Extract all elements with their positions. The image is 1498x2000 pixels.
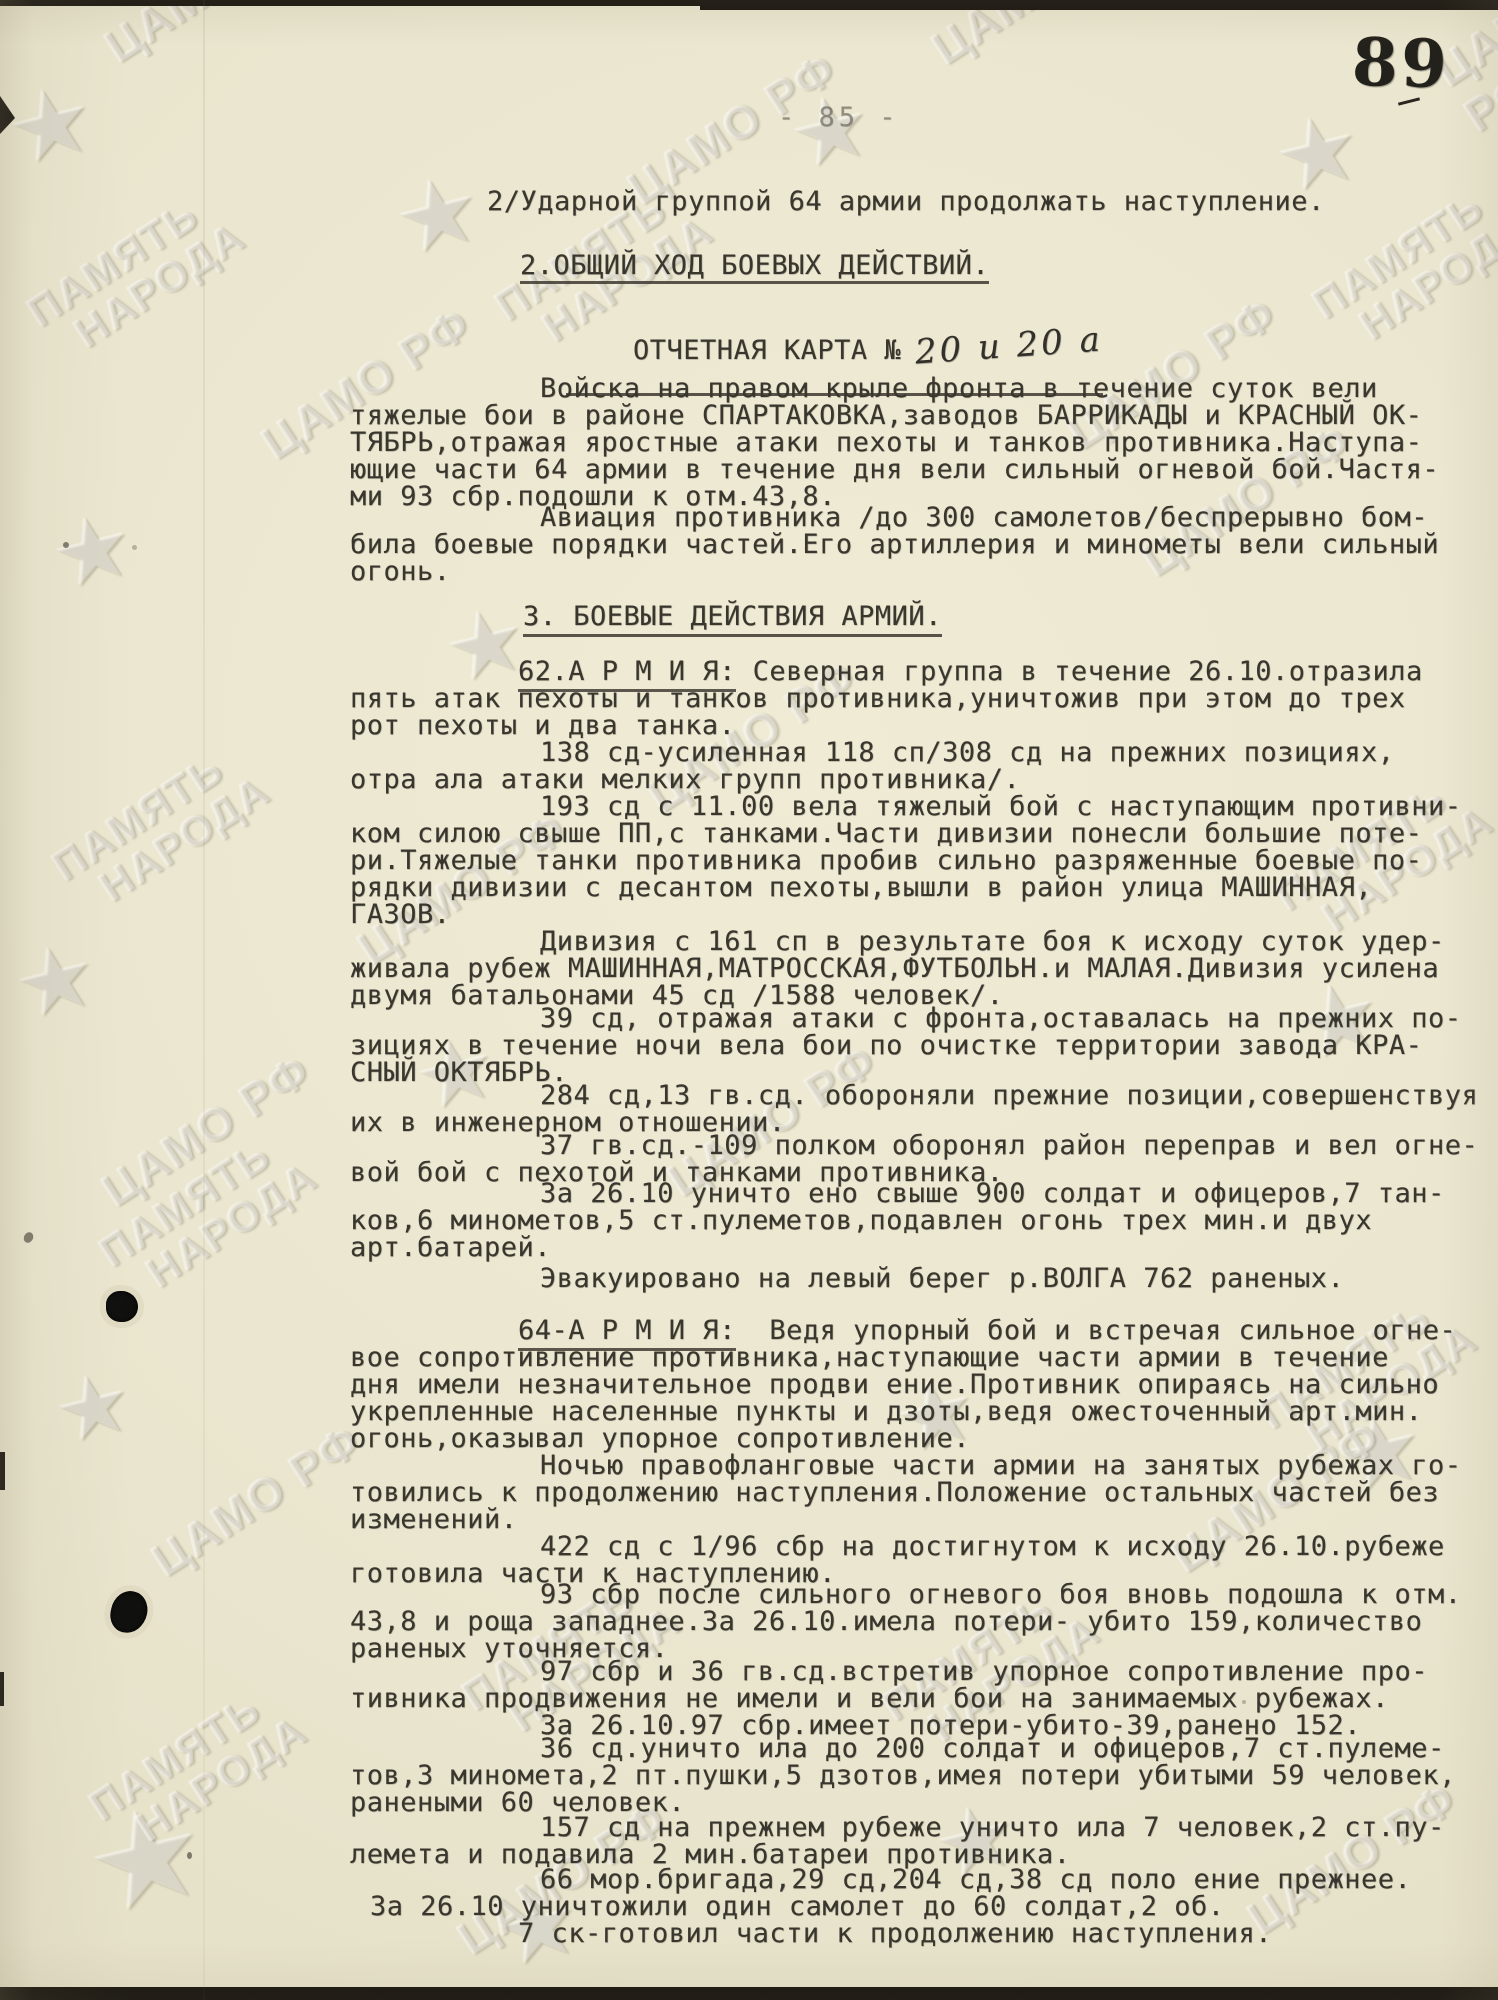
text-line: 193 сд с 11.00 вела тяжелый бой с наступ… [350,793,1490,820]
text-line: укрепленные населенные пункты и дзоты,ве… [350,1398,1490,1425]
text-line: товились к продолжению наступления.Полож… [350,1479,1490,1506]
section-heading-general-course: 2.ОБЩИЙ ХОД БОЕВЫХ ДЕЙСТВИЙ. [520,252,989,284]
scan-edge-left-sliver [0,1672,4,1706]
text-line: 36 сд.уничто ила до 200 солдат и офицеро… [350,1735,1490,1762]
report-map-number-handwritten: 20 и 20 а [914,326,1104,366]
pamyat-naroda-watermark-line: НАРОДА [129,1708,314,1849]
scan-edge-left-sliver [0,1452,5,1490]
text-line: рядки дивизии с десантом пехоты,вышли в … [350,874,1490,901]
pamyat-naroda-watermark-text: ПАМЯТЬНАРОДА [20,178,252,370]
page-marker: - 85 - [778,104,900,131]
hole-punch [106,1291,138,1322]
text-line: 138 сд-усиленная 118 сп/308 сд на прежни… [350,739,1490,766]
text-line: арт.батарей. [350,1234,1490,1261]
text-line: Дивизия с 161 сп в результате боя к исхо… [350,928,1490,955]
star-watermark-icon: ★ [3,920,107,1041]
text-line: Эвакуировано на левый берег р.ВОЛГА 762 … [350,1265,1490,1292]
text-line: тов,3 миномета,2 пт.пушки,5 дзотов,имея … [350,1762,1490,1789]
text-line: тивника продвижения не имели и вели бои … [350,1685,1490,1712]
pamyat-naroda-watermark-text: ПАМЯТЬНАРОДА [82,1672,314,1864]
scan-edge-bottom [0,1987,1498,2000]
text-line: огонь. [350,558,1490,585]
text-line: живала рубеж МАШИННАЯ,МАТРОССКАЯ,ФУТБОЛЬ… [350,955,1490,982]
text-line: ков,6 минометов,5 ст.пулеметов,подавлен … [350,1207,1490,1234]
text-line: 43,8 и роща западнее.За 26.10.имела поте… [350,1608,1490,1635]
pamyat-naroda-watermark-line: НАРОДА [67,214,252,355]
scan-edge-top-right [700,0,1498,10]
star-watermark-icon: ★ [383,151,492,278]
pamyat-naroda-watermark-line: ПАМЯТЬ [45,732,253,888]
army-62-heading-line: 62.А Р М И Я: Северная группа в течение … [350,658,1490,685]
text-line: ком силою свыше ПП,с танками.Части дивиз… [350,820,1490,847]
text-line: За 26.10 уничтожили один самолет до 60 с… [350,1893,1490,1920]
page-number: 89 [1351,23,1451,104]
pamyat-naroda-watermark-text: ПАМЯТЬНАРОДА [1305,170,1498,362]
document-intro-line: 2/Ударной группой 64 армии продолжать на… [487,188,1325,215]
camo-rf-watermark-text: ЦАМО РФ [92,1043,320,1217]
star-watermark-icon: ★ [44,1350,142,1464]
text-line: била боевые порядки частей.Его артиллери… [350,531,1490,558]
text-line: Авиация противника /до 300 самолетов/бес… [350,504,1490,531]
document-body: Войска на правом крыле фронта в течение … [350,375,1490,1947]
pamyat-naroda-watermark-line: НАРОДА [92,768,277,909]
text-line: 422 сд с 1/96 сбр на достигнутом к исход… [350,1533,1490,1560]
text-line: зициях в течение ночи вела бои по очистк… [350,1032,1490,1059]
paper-speck [132,545,137,550]
text-line: 157 сд на прежнем рубеже уничто ила 7 че… [350,1814,1490,1841]
text-line: 93 сбр после сильного огневого боя вновь… [350,1581,1490,1608]
report-map-label: ОТЧЕТНАЯ КАРТА № [633,335,901,366]
pamyat-naroda-watermark-text: ПАМЯТЬНАРОДА [92,1118,324,1310]
camo-rf-watermark-text: ЦАМО РФ [142,1413,370,1587]
pamyat-naroda-watermark-line: ПАМЯТЬ [20,178,228,334]
text-line: 37 гв.сд.-109 полком оборонял район пере… [350,1132,1490,1159]
text-line: 7 ск-готовил части к продолжению наступл… [350,1920,1490,1947]
text-line: ющие части 64 армии в течение дня вели с… [350,456,1490,483]
star-watermark-icon: ★ [71,1770,221,1946]
text-line: 97 сбр и 36 гв.сд.встретив упорное сопро… [350,1658,1490,1685]
text-line: рот пехоты и два танка. [350,712,1490,739]
text-line: тяжелые бои в районе СПАРТАКОВКА,заводов… [350,402,1490,429]
camo-rf-watermark-text: ЦАМО РФ [922,0,1150,75]
pamyat-naroda-watermark-line: НАРОДА [139,1154,324,1295]
text-line: ГАЗОВ. [350,901,1490,928]
pamyat-naroda-watermark-line: НАРОДА [1352,206,1498,347]
text-line: За 26.10 уничто ено свыше 900 солдат и о… [350,1180,1490,1207]
text-line: отра ала атаки мелких групп противника/. [350,766,1490,793]
text-line: ТЯБРЬ,отражая яростные атаки пехоты и та… [350,429,1490,456]
paper-speck [63,542,69,548]
paper-tear-notch [0,96,15,134]
paper-speck [1242,1700,1246,1704]
text-line: Ночью правофланговые части армии на заня… [350,1452,1490,1479]
scanned-document-page: ★★★★★★★★★★★★★★★ЦАМО РФЦАМО РФЦАМО РФЦАМО… [0,0,1498,2000]
camo-rf-watermark-text: ЦАМО РФ [95,0,323,73]
pamyat-naroda-watermark-line: ПАМЯТЬ [92,1118,300,1274]
heading-underlined-text: 3. БОЕВЫЕ ДЕЙСТВИЯ АРМИЙ. [523,601,942,637]
paper-speck [187,1852,192,1859]
army-64-heading-line: 64-А Р М И Я: Ведя упорный бой и встреча… [350,1317,1490,1344]
section-heading-combat-actions: 3. БОЕВЫЕ ДЕЙСТВИЯ АРМИЙ. [523,603,1490,630]
pamyat-naroda-watermark-line: ПАМЯТЬ [82,1672,290,1828]
text-line: 66 мор.бригада,29 сд,204 сд,38 сд поло е… [350,1866,1490,1893]
text-line: 284 сд,13 гв.сд. обороняли прежние позиц… [350,1082,1490,1109]
paper-crease [203,0,205,2000]
text-line: огонь,оказывал упорное сопротивление. [350,1425,1490,1452]
pamyat-naroda-watermark-text: ПАМЯТЬНАРОДА [45,732,277,924]
star-watermark-icon: ★ [0,61,105,188]
text-line: 39 сд, отражая атаки с фронта,оставалась… [350,1005,1490,1032]
text-line: изменений. [350,1506,1490,1533]
pamyat-naroda-watermark-line: ПАМЯТЬ [1305,170,1498,326]
text-line: Войска на правом крыле фронта в течение … [350,375,1490,402]
text-line: вое сопротивление противника,наступающие… [350,1344,1490,1371]
text-line: пять атак пехоты и танков противника,уни… [350,685,1490,712]
text-line: ри.Тяжелые танки противника пробив сильн… [350,847,1490,874]
text-line: дня имели незначительное продви ение.Про… [350,1371,1490,1398]
star-watermark-icon: ★ [40,490,144,611]
